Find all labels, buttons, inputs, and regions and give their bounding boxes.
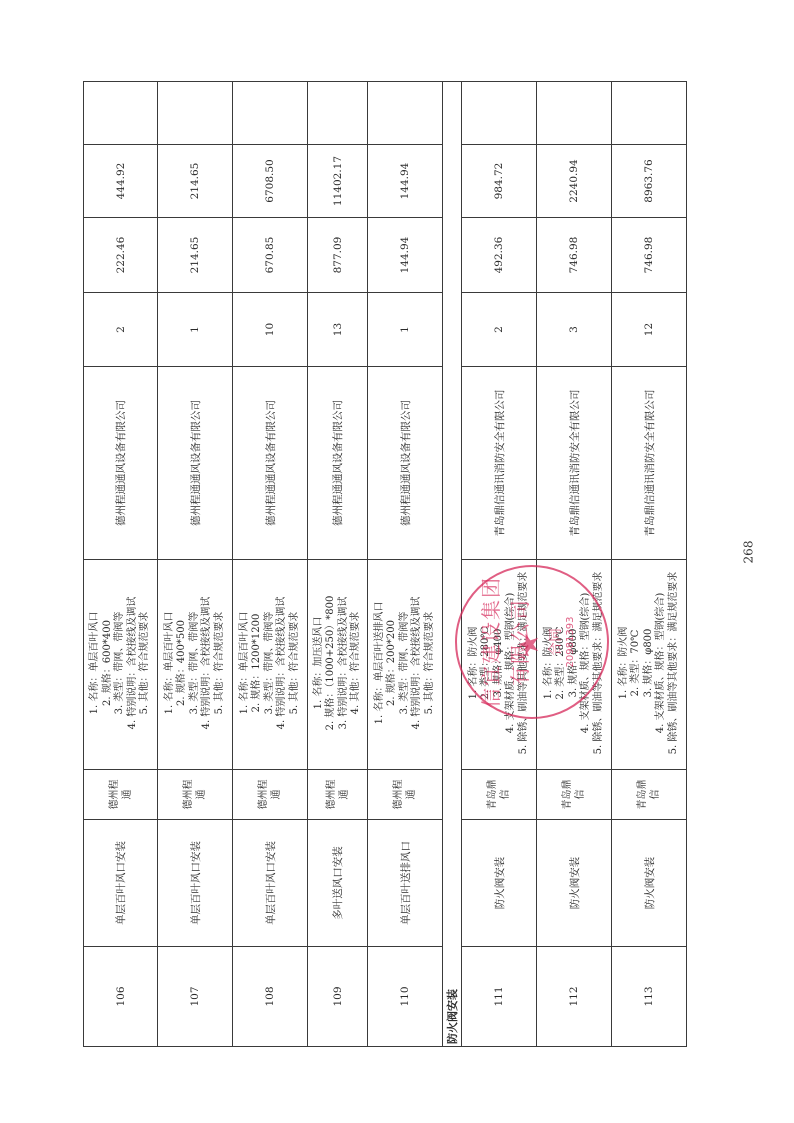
item-name-cell: 单层百叶风口安装 [158, 820, 233, 947]
brand-cell: 德州程通 [368, 770, 443, 820]
remarks-cell [233, 82, 308, 145]
manufacturer-cell: 青岛鼎信通讯消防安全有限公司 [462, 367, 537, 560]
description-line: 4. 特别说明：含校接线及调试 [276, 560, 289, 766]
remarks-cell [158, 82, 233, 145]
unit-price-cell: 222.46 [84, 218, 158, 293]
description-line: 5. 其他：符合规范要求 [214, 560, 227, 766]
quantity-cell: 10 [233, 293, 308, 367]
description-line: 2. 类型：280℃ [555, 560, 568, 766]
description-line: 1. 名称：单层百叶风口 [164, 560, 177, 766]
unit-price-cell: 746.98 [537, 218, 612, 293]
description-line: 1. 名称：单层百叶风口 [89, 560, 102, 766]
manufacturer-cell: 德州程通通风设备有限公司 [368, 367, 443, 560]
description-line: 2. 规格：400*500 [176, 560, 189, 766]
item-number-cell: 113 [612, 947, 687, 1047]
description-line: 2. 规格：（1000+250）*800 [325, 560, 338, 766]
description-cell: 1. 名称：单层百叶送排风口2. 规格：200*2003. 类型：带网、带阀等4… [368, 560, 443, 770]
total-price-cell: 8963.76 [612, 145, 687, 218]
description-cell: 1. 名称：防火阀2. 类型：280℃3. 规格：φ8004. 支架材质、规格：… [537, 560, 612, 770]
description-line: 5. 除锈、刷油等其他要求：满足规范要求 [518, 560, 531, 766]
description-line: 4. 特别说明：含校接线及调试 [411, 560, 424, 766]
unit-price-cell: 214.65 [158, 218, 233, 293]
total-price-cell: 144.94 [368, 145, 443, 218]
description-line: 3. 特别说明：含校接线及调试 [338, 560, 351, 766]
unit-price-cell: 877.09 [308, 218, 368, 293]
table-row: 107单层百叶风口安装德州程通1. 名称：单层百叶风口2. 规格：400*500… [158, 82, 233, 1047]
description-cell: 1. 名称：防火阀2. 类型：280℃3. 规格：φ4004. 支架材质、规格：… [462, 560, 537, 770]
description-line: 4. 支架材质、规格：型钢(综合) [580, 560, 593, 766]
brand-cell: 青岛鼎信 [462, 770, 537, 820]
total-price-cell: 444.92 [84, 145, 158, 218]
manufacturer-cell: 德州程通通风设备有限公司 [233, 367, 308, 560]
table-row: 112防火阀安装青岛鼎信1. 名称：防火阀2. 类型：280℃3. 规格：φ80… [537, 82, 612, 1047]
description-cell: 1. 名称：单层百叶风口2. 规格：400*5003. 类型：带网、带阀等4. … [158, 560, 233, 770]
item-number-cell: 110 [368, 947, 443, 1047]
item-name-cell: 防火阀安装 [462, 820, 537, 947]
item-name-cell: 单层百叶风口安装 [84, 820, 158, 947]
description-line: 5. 其他：符合规范要求 [139, 560, 152, 766]
quantity-cell: 13 [308, 293, 368, 367]
item-number-cell: 108 [233, 947, 308, 1047]
table-row: 110单层百叶送排风口德州程通1. 名称：单层百叶送排风口2. 规格：200*2… [368, 82, 443, 1047]
quantity-cell: 2 [462, 293, 537, 367]
description-line: 2. 类型：280℃ [480, 560, 493, 766]
description-line: 2. 类型：70℃ [630, 560, 643, 766]
description-line: 3. 规格：φ800 [568, 560, 581, 766]
bill-of-quantities-table: 106单层百叶风口安装德州程通1. 名称：单层百叶风口2. 规格：600*400… [83, 81, 687, 1047]
item-number-cell: 109 [308, 947, 368, 1047]
total-price-cell: 2240.94 [537, 145, 612, 218]
description-line: 2. 规格：600*400 [102, 560, 115, 766]
brand-cell: 德州程通 [158, 770, 233, 820]
item-name-cell: 单层百叶风口安装 [233, 820, 308, 947]
rotated-table-container: 106单层百叶风口安装德州程通1. 名称：单层百叶风口2. 规格：600*400… [83, 82, 686, 1047]
manufacturer-cell: 青岛鼎信通讯消防安全有限公司 [537, 367, 612, 560]
description-line: 1. 名称：单层百叶风口 [239, 560, 252, 766]
table-row: 111防火阀安装青岛鼎信1. 名称：防火阀2. 类型：280℃3. 规格：φ40… [462, 82, 537, 1047]
quantity-cell: 1 [158, 293, 233, 367]
brand-cell: 德州程通 [308, 770, 368, 820]
description-cell: 1. 名称：单层百叶风口2. 规格：600*4003. 类型：带网、带阀等4. … [84, 560, 158, 770]
quantity-cell: 12 [612, 293, 687, 367]
description-line: 1. 名称：单层百叶送排风口 [374, 560, 387, 766]
brand-cell: 德州程通 [84, 770, 158, 820]
description-line: 3. 类型：带网、带阀等 [264, 560, 277, 766]
section-header-row: 防火阀安装 [443, 82, 462, 1047]
remarks-cell [84, 82, 158, 145]
description-line: 5. 除锈、刷油等其他要求：满足规范要求 [593, 560, 606, 766]
manufacturer-cell: 德州程通通风设备有限公司 [158, 367, 233, 560]
description-line: 5. 其他：符合规范要求 [289, 560, 302, 766]
description-line: 5. 其他：符合规范要求 [424, 560, 437, 766]
description-line: 5. 除锈、刷油等其他要求：满足规范要求 [668, 560, 681, 766]
total-price-cell: 6708.50 [233, 145, 308, 218]
table-row: 109多叶送风口安装德州程通1. 名称：加压送风口2. 规格：（1000+250… [308, 82, 368, 1047]
unit-price-cell: 746.98 [612, 218, 687, 293]
description-cell: 1. 名称：加压送风口2. 规格：（1000+250）*8003. 特别说明：含… [308, 560, 368, 770]
description-line: 1. 名称：加压送风口 [313, 560, 326, 766]
brand-cell: 德州程通 [233, 770, 308, 820]
unit-price-cell: 670.85 [233, 218, 308, 293]
remarks-cell [308, 82, 368, 145]
manufacturer-cell: 德州程通通风设备有限公司 [308, 367, 368, 560]
page-number: 268 [741, 541, 755, 564]
unit-price-cell: 144.94 [368, 218, 443, 293]
remarks-cell [612, 82, 687, 145]
description-line: 2. 规格：200*200 [386, 560, 399, 766]
total-price-cell: 11402.17 [308, 145, 368, 218]
description-line: 4. 特别说明：含校接线及调试 [127, 560, 140, 766]
section-title: 防火阀安装 [443, 82, 462, 1047]
manufacturer-cell: 德州程通通风设备有限公司 [84, 367, 158, 560]
item-number-cell: 107 [158, 947, 233, 1047]
description-line: 3. 类型：带网、带阀等 [189, 560, 202, 766]
unit-price-cell: 492.36 [462, 218, 537, 293]
description-line: 4. 支架材质、规格：型钢(综合) [655, 560, 668, 766]
item-name-cell: 防火阀安装 [537, 820, 612, 947]
item-name-cell: 多叶送风口安装 [308, 820, 368, 947]
quantity-cell: 3 [537, 293, 612, 367]
quantity-cell: 2 [84, 293, 158, 367]
description-line: 1. 名称：防火阀 [468, 560, 481, 766]
table-row: 106单层百叶风口安装德州程通1. 名称：单层百叶风口2. 规格：600*400… [84, 82, 158, 1047]
item-name-cell: 单层百叶送排风口 [368, 820, 443, 947]
description-line: 2. 规格：1200*1200 [251, 560, 264, 766]
description-line: 3. 类型：带网、带阀等 [399, 560, 412, 766]
item-name-cell: 防火阀安装 [612, 820, 687, 947]
description-line: 3. 规格：φ400 [493, 560, 506, 766]
description-line: 4. 特别说明：含校接线及调试 [201, 560, 214, 766]
description-line: 4. 支架材质、规格：型钢(综合) [505, 560, 518, 766]
brand-cell: 青岛鼎信 [537, 770, 612, 820]
item-number-cell: 106 [84, 947, 158, 1047]
description-cell: 1. 名称：防火阀2. 类型：70℃3. 规格：φ8004. 支架材质、规格：型… [612, 560, 687, 770]
total-price-cell: 984.72 [462, 145, 537, 218]
remarks-cell [462, 82, 537, 145]
manufacturer-cell: 青岛鼎信通讯消防安全有限公司 [612, 367, 687, 560]
description-line: 1. 名称：防火阀 [543, 560, 556, 766]
total-price-cell: 214.65 [158, 145, 233, 218]
description-line: 4. 其他：符合规范要求 [350, 560, 363, 766]
quantity-cell: 1 [368, 293, 443, 367]
brand-cell: 青岛鼎信 [612, 770, 687, 820]
item-number-cell: 111 [462, 947, 537, 1047]
description-cell: 1. 名称：单层百叶风口2. 规格：1200*12003. 类型：带网、带阀等4… [233, 560, 308, 770]
description-line: 1. 名称：防火阀 [618, 560, 631, 766]
table-row: 108单层百叶风口安装德州程通1. 名称：单层百叶风口2. 规格：1200*12… [233, 82, 308, 1047]
remarks-cell [537, 82, 612, 145]
description-line: 3. 规格：φ800 [643, 560, 656, 766]
remarks-cell [368, 82, 443, 145]
document-page: 106单层百叶风口安装德州程通1. 名称：单层百叶风口2. 规格：600*400… [0, 0, 794, 1123]
table-row: 113防火阀安装青岛鼎信1. 名称：防火阀2. 类型：70℃3. 规格：φ800… [612, 82, 687, 1047]
item-number-cell: 112 [537, 947, 612, 1047]
description-line: 3. 类型：带网、带阀等 [114, 560, 127, 766]
